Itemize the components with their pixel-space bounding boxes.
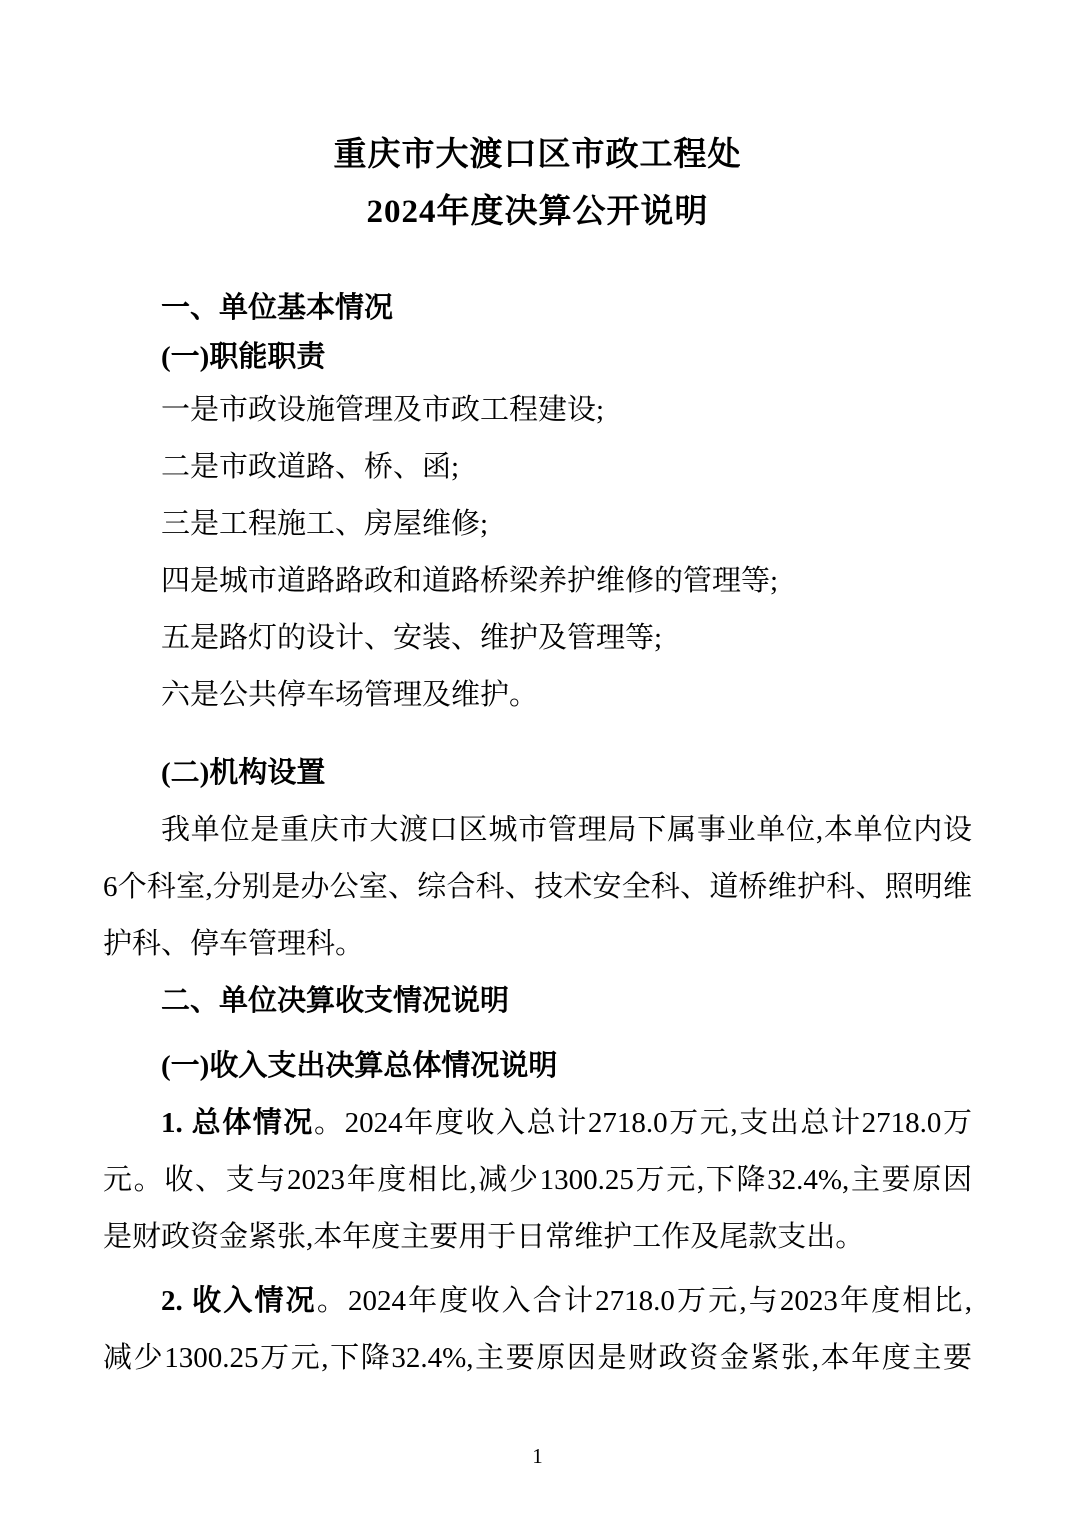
duty-item-4: 四是城市道路路政和道路桥梁养护维修的管理等;: [103, 553, 972, 610]
page-number: 1: [103, 1442, 972, 1470]
document-title-line-1: 重庆市大渡口区市政工程处: [103, 128, 972, 185]
income-paragraph-lead: 2. 收入情况: [161, 1285, 317, 1317]
subsection-heading-overall: (一)收入支出决算总体情况说明: [103, 1038, 972, 1095]
overall-paragraph-lead: 1. 总体情况: [161, 1107, 314, 1139]
duty-item-6: 六是公共停车场管理及维护。: [103, 667, 972, 724]
subsection-heading-duties: (一)职能职责: [103, 329, 972, 386]
document-title-line-2: 2024年度决算公开说明: [103, 185, 972, 242]
income-paragraph-line-1-text: 。2024年度收入合计2718.0万元,与2023年度相比,: [317, 1285, 972, 1317]
document-body: 一、单位基本情况 (一)职能职责 一是市政设施管理及市政工程建设; 二是市政道路…: [103, 280, 972, 1387]
section-heading-2: 二、单位决算收支情况说明: [103, 973, 972, 1030]
overall-paragraph-line-2: 元。收、支与2023年度相比,减少1300.25万元,下降32.4%,主要原因: [103, 1152, 972, 1209]
income-paragraph-line-2: 减少1300.25万元,下降32.4%,主要原因是财政资金紧张,本年度主要: [103, 1330, 972, 1387]
organization-paragraph-line-2: 6个科室,分别是办公室、综合科、技术安全科、道桥维护科、照明维: [103, 859, 972, 916]
document-page: 重庆市大渡口区市政工程处 2024年度决算公开说明 一、单位基本情况 (一)职能…: [0, 0, 1075, 1520]
duty-item-3: 三是工程施工、房屋维修;: [103, 496, 972, 553]
overall-paragraph-line-1: 1. 总体情况。2024年度收入总计2718.0万元,支出总计2718.0万: [103, 1095, 972, 1152]
duty-item-5: 五是路灯的设计、安装、维护及管理等;: [103, 610, 972, 667]
overall-paragraph-line-1-text: 。2024年度收入总计2718.0万元,支出总计2718.0万: [314, 1107, 972, 1139]
organization-paragraph-line-3: 护科、停车管理科。: [103, 916, 972, 973]
income-paragraph-line-1: 2. 收入情况。2024年度收入合计2718.0万元,与2023年度相比,: [103, 1273, 972, 1330]
organization-paragraph-line-1: 我单位是重庆市大渡口区城市管理局下属事业单位,本单位内设: [103, 802, 972, 859]
subsection-heading-organization: (二)机构设置: [103, 745, 972, 802]
document-title: 重庆市大渡口区市政工程处 2024年度决算公开说明: [103, 128, 972, 242]
overall-paragraph-line-3: 是财政资金紧张,本年度主要用于日常维护工作及尾款支出。: [103, 1209, 972, 1266]
duty-item-2: 二是市政道路、桥、函;: [103, 439, 972, 496]
duty-item-1: 一是市政设施管理及市政工程建设;: [103, 382, 972, 439]
